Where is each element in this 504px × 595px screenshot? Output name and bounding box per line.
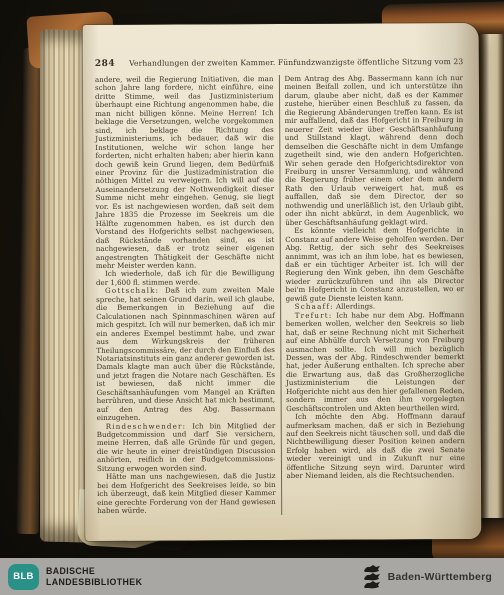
paragraph: Gottschalk: Daß ich zum zweiten Male spr… <box>96 286 275 422</box>
blb-library-logo[interactable]: BLB BADISCHE LANDESBIBLIOTHEK <box>8 564 142 590</box>
paragraph: Hätte man uns nachgewiesen, daß die Just… <box>97 472 276 515</box>
paragraph: Es könnte vielleicht dem Hofgerichte in … <box>285 226 464 303</box>
paragraph: andere, weil die Regierung Initiativen, … <box>95 75 275 270</box>
text-columns: andere, weil die Regierung Initiativen, … <box>95 74 465 515</box>
paragraph: Trefurt: Ich habe nur dem Abg. Hoffmann … <box>286 311 465 413</box>
left-column: andere, weil die Regierung Initiativen, … <box>95 75 276 515</box>
paragraph: Ich möchte den Abg. Hoffmann darauf aufm… <box>286 412 465 481</box>
facing-page-sliver <box>477 34 504 542</box>
running-title: Verhandlungen der zweiten Kammer. Fünfun… <box>129 57 463 68</box>
paragraph: Rindeschwender: Ich bin Mitglied der Bud… <box>97 422 276 474</box>
baden-wuerttemberg-lions-icon <box>362 564 382 590</box>
blb-logo-icon: BLB <box>8 564 39 590</box>
paragraph: Dem Antrag des Abg. Bassermann kann ich … <box>284 74 463 227</box>
state-name: Baden-Württemberg <box>388 571 492 583</box>
book-scan-viewer: 284 Verhandlungen der zweiten Kammer. Fü… <box>0 0 504 595</box>
right-column: Dem Antrag des Abg. Bassermann kann ich … <box>284 74 465 514</box>
page-header: 284 Verhandlungen der zweiten Kammer. Fü… <box>95 57 463 69</box>
column-rule <box>278 75 281 515</box>
scanned-page: 284 Verhandlungen der zweiten Kammer. Fü… <box>83 23 482 541</box>
page-content: 284 Verhandlungen der zweiten Kammer. Fü… <box>95 57 465 531</box>
library-name: BADISCHE LANDESBIBLIOTHEK <box>46 566 142 588</box>
page-number: 284 <box>95 59 115 69</box>
baden-wuerttemberg-logo[interactable]: Baden-Württemberg <box>362 564 492 590</box>
viewer-footer: BLB BADISCHE LANDESBIBLIOTHEK Baden-Würt… <box>0 558 504 595</box>
